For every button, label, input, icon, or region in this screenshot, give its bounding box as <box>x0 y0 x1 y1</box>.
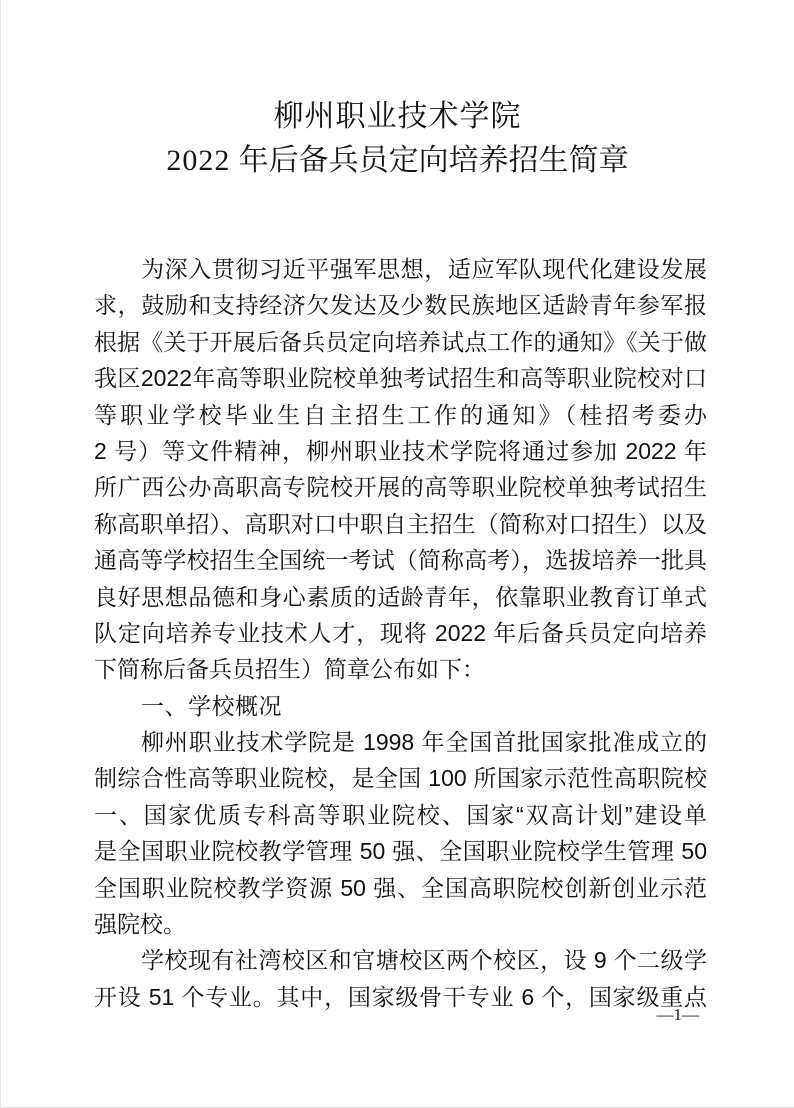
body-line: 强院校。 <box>94 906 707 942</box>
body-line: 学校现有社湾校区和官塘校区两个校区，设 9 个二级学院， <box>94 942 707 978</box>
document-header: 柳州职业技术学院 2022 年后备兵员定向培养招生简章 <box>1 95 794 183</box>
document-subtitle: 2022 年后备兵员定向培养招生简章 <box>1 139 794 183</box>
body-line: 开设 51 个专业。其中，国家级骨干专业 6 个，国家级重点专业 <box>94 979 707 1015</box>
document-body: 为深入贯彻习近平强军思想，适应军队现代化建设发展需 求，鼓励和支持经济欠发达及少… <box>94 251 707 1015</box>
body-line: 通高等学校招生全国统一考试（简称高考），选拔培养一批具有 <box>94 542 707 578</box>
body-line: 是全国职业院校教学管理 50 强、全国职业院校学生管理 50 强、 <box>94 833 707 869</box>
body-line: 根据《关于开展后备兵员定向培养试点工作的通知》《关于做好 <box>94 324 707 360</box>
body-line: 柳州职业技术学院是 1998 年全国首批国家批准成立的全日 <box>94 724 707 760</box>
body-line: 队定向培养专业技术人才，现将 2022 年后备兵员定向培养（以 <box>94 615 707 651</box>
body-line: 下简称后备兵员招生）简章公布如下： <box>94 651 707 687</box>
document-title: 柳州职业技术学院 <box>1 95 794 139</box>
page-number: —1— <box>657 1004 700 1026</box>
body-line: 求，鼓励和支持经济欠发达及少数民族地区适龄青年参军报国， <box>94 287 707 323</box>
body-line: 良好思想品德和身心素质的适龄青年，依靠职业教育订单式为部 <box>94 579 707 615</box>
body-line: 所广西公办高职高专院校开展的高等职业院校单独考试招生（简 <box>94 469 707 505</box>
body-line: 制综合性高等职业院校，是全国 100 所国家示范性高职院校之 <box>94 760 707 796</box>
body-line: 全国职业院校教学资源 50 强、全国高职院校创新创业示范校 50 <box>94 870 707 906</box>
body-line: 2 号）等文件精神，柳州职业技术学院将通过参加 2022 年 35 <box>94 433 707 469</box>
document-page: 柳州职业技术学院 2022 年后备兵员定向培养招生简章 为深入贯彻习近平强军思想… <box>0 0 794 1108</box>
subtitle-text: 年后备兵员定向培养招生简章 <box>230 144 628 177</box>
body-line: 我区2022年高等职业院校单独考试招生和高等职业院校对口中 <box>94 360 707 396</box>
body-line: 一、国家优质专科高等职业院校、国家“双高计划”建设单位， <box>94 797 707 833</box>
subtitle-year: 2022 <box>166 144 230 177</box>
body-line: 等职业学校毕业生自主招生工作的通知》（桂招考委办〔2022〕 <box>94 397 707 433</box>
body-line: 称高职单招）、高职对口中职自主招生（简称对口招生）以及普 <box>94 506 707 542</box>
section-heading: 一、学校概况 <box>94 688 707 724</box>
body-line: 为深入贯彻习近平强军思想，适应军队现代化建设发展需 <box>94 251 707 287</box>
